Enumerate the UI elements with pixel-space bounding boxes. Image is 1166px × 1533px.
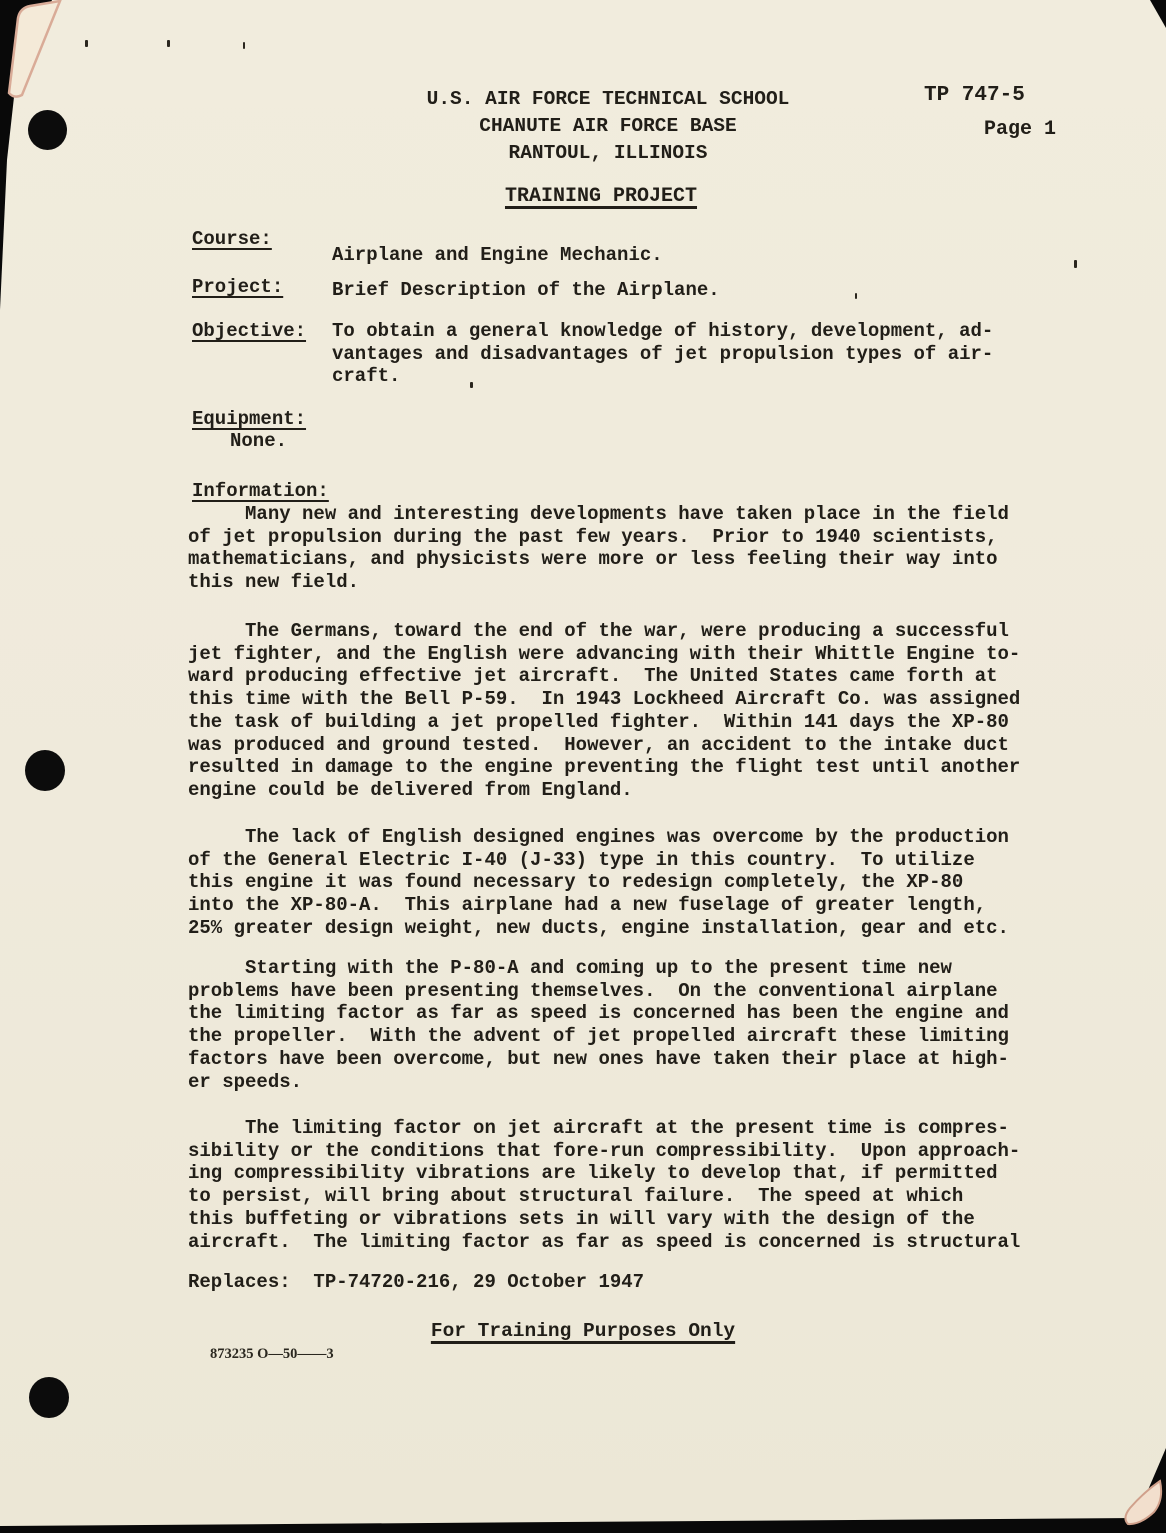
body-paragraph: The Germans, toward the end of the war, … (188, 620, 1020, 802)
page-number: Page 1 (984, 119, 1056, 142)
course-value: Airplane and Engine Mechanic. (332, 244, 663, 267)
print-code: 873235 O—50——3 (210, 1346, 334, 1363)
ink-speck (167, 40, 170, 47)
equipment-label: Equipment: (192, 408, 306, 431)
project-value: Brief Description of the Airplane. (332, 279, 720, 302)
body-paragraph: Many new and interesting developments ha… (188, 503, 1009, 594)
document-title: TRAINING PROJECT (505, 186, 697, 209)
scanned-document-page: { "page": { "paper_color": "#f0ebdc", "i… (0, 0, 1166, 1533)
objective-label: Objective: (192, 320, 306, 343)
ink-speck (855, 293, 857, 299)
ink-speck (85, 40, 88, 47)
header-location: RANTOUL, ILLINOIS (509, 142, 708, 165)
body-paragraph: The lack of English designed engines was… (188, 826, 1009, 940)
project-label: Project: (192, 276, 283, 299)
header-base: CHANUTE AIR FORCE BASE (479, 115, 736, 138)
training-purposes-line: For Training Purposes Only (431, 1320, 735, 1343)
information-label: Information: (192, 480, 329, 503)
punch-hole-top (28, 110, 67, 150)
doc-number: TP 747-5 (924, 84, 1025, 108)
punch-hole-middle (25, 750, 65, 791)
header-school: U.S. AIR FORCE TECHNICAL SCHOOL (427, 88, 790, 111)
ink-speck (243, 42, 245, 49)
equipment-value: None. (230, 430, 287, 453)
ink-speck (1074, 260, 1077, 268)
body-paragraph: Starting with the P-80-A and coming up t… (188, 957, 1009, 1093)
objective-text: To obtain a general knowledge of history… (332, 320, 993, 388)
body-paragraph: The limiting factor on jet aircraft at t… (188, 1117, 1020, 1253)
punch-hole-bottom (29, 1377, 69, 1418)
replaces-line: Replaces: TP-74720-216, 29 October 1947 (188, 1271, 644, 1294)
course-label: Course: (192, 228, 272, 251)
